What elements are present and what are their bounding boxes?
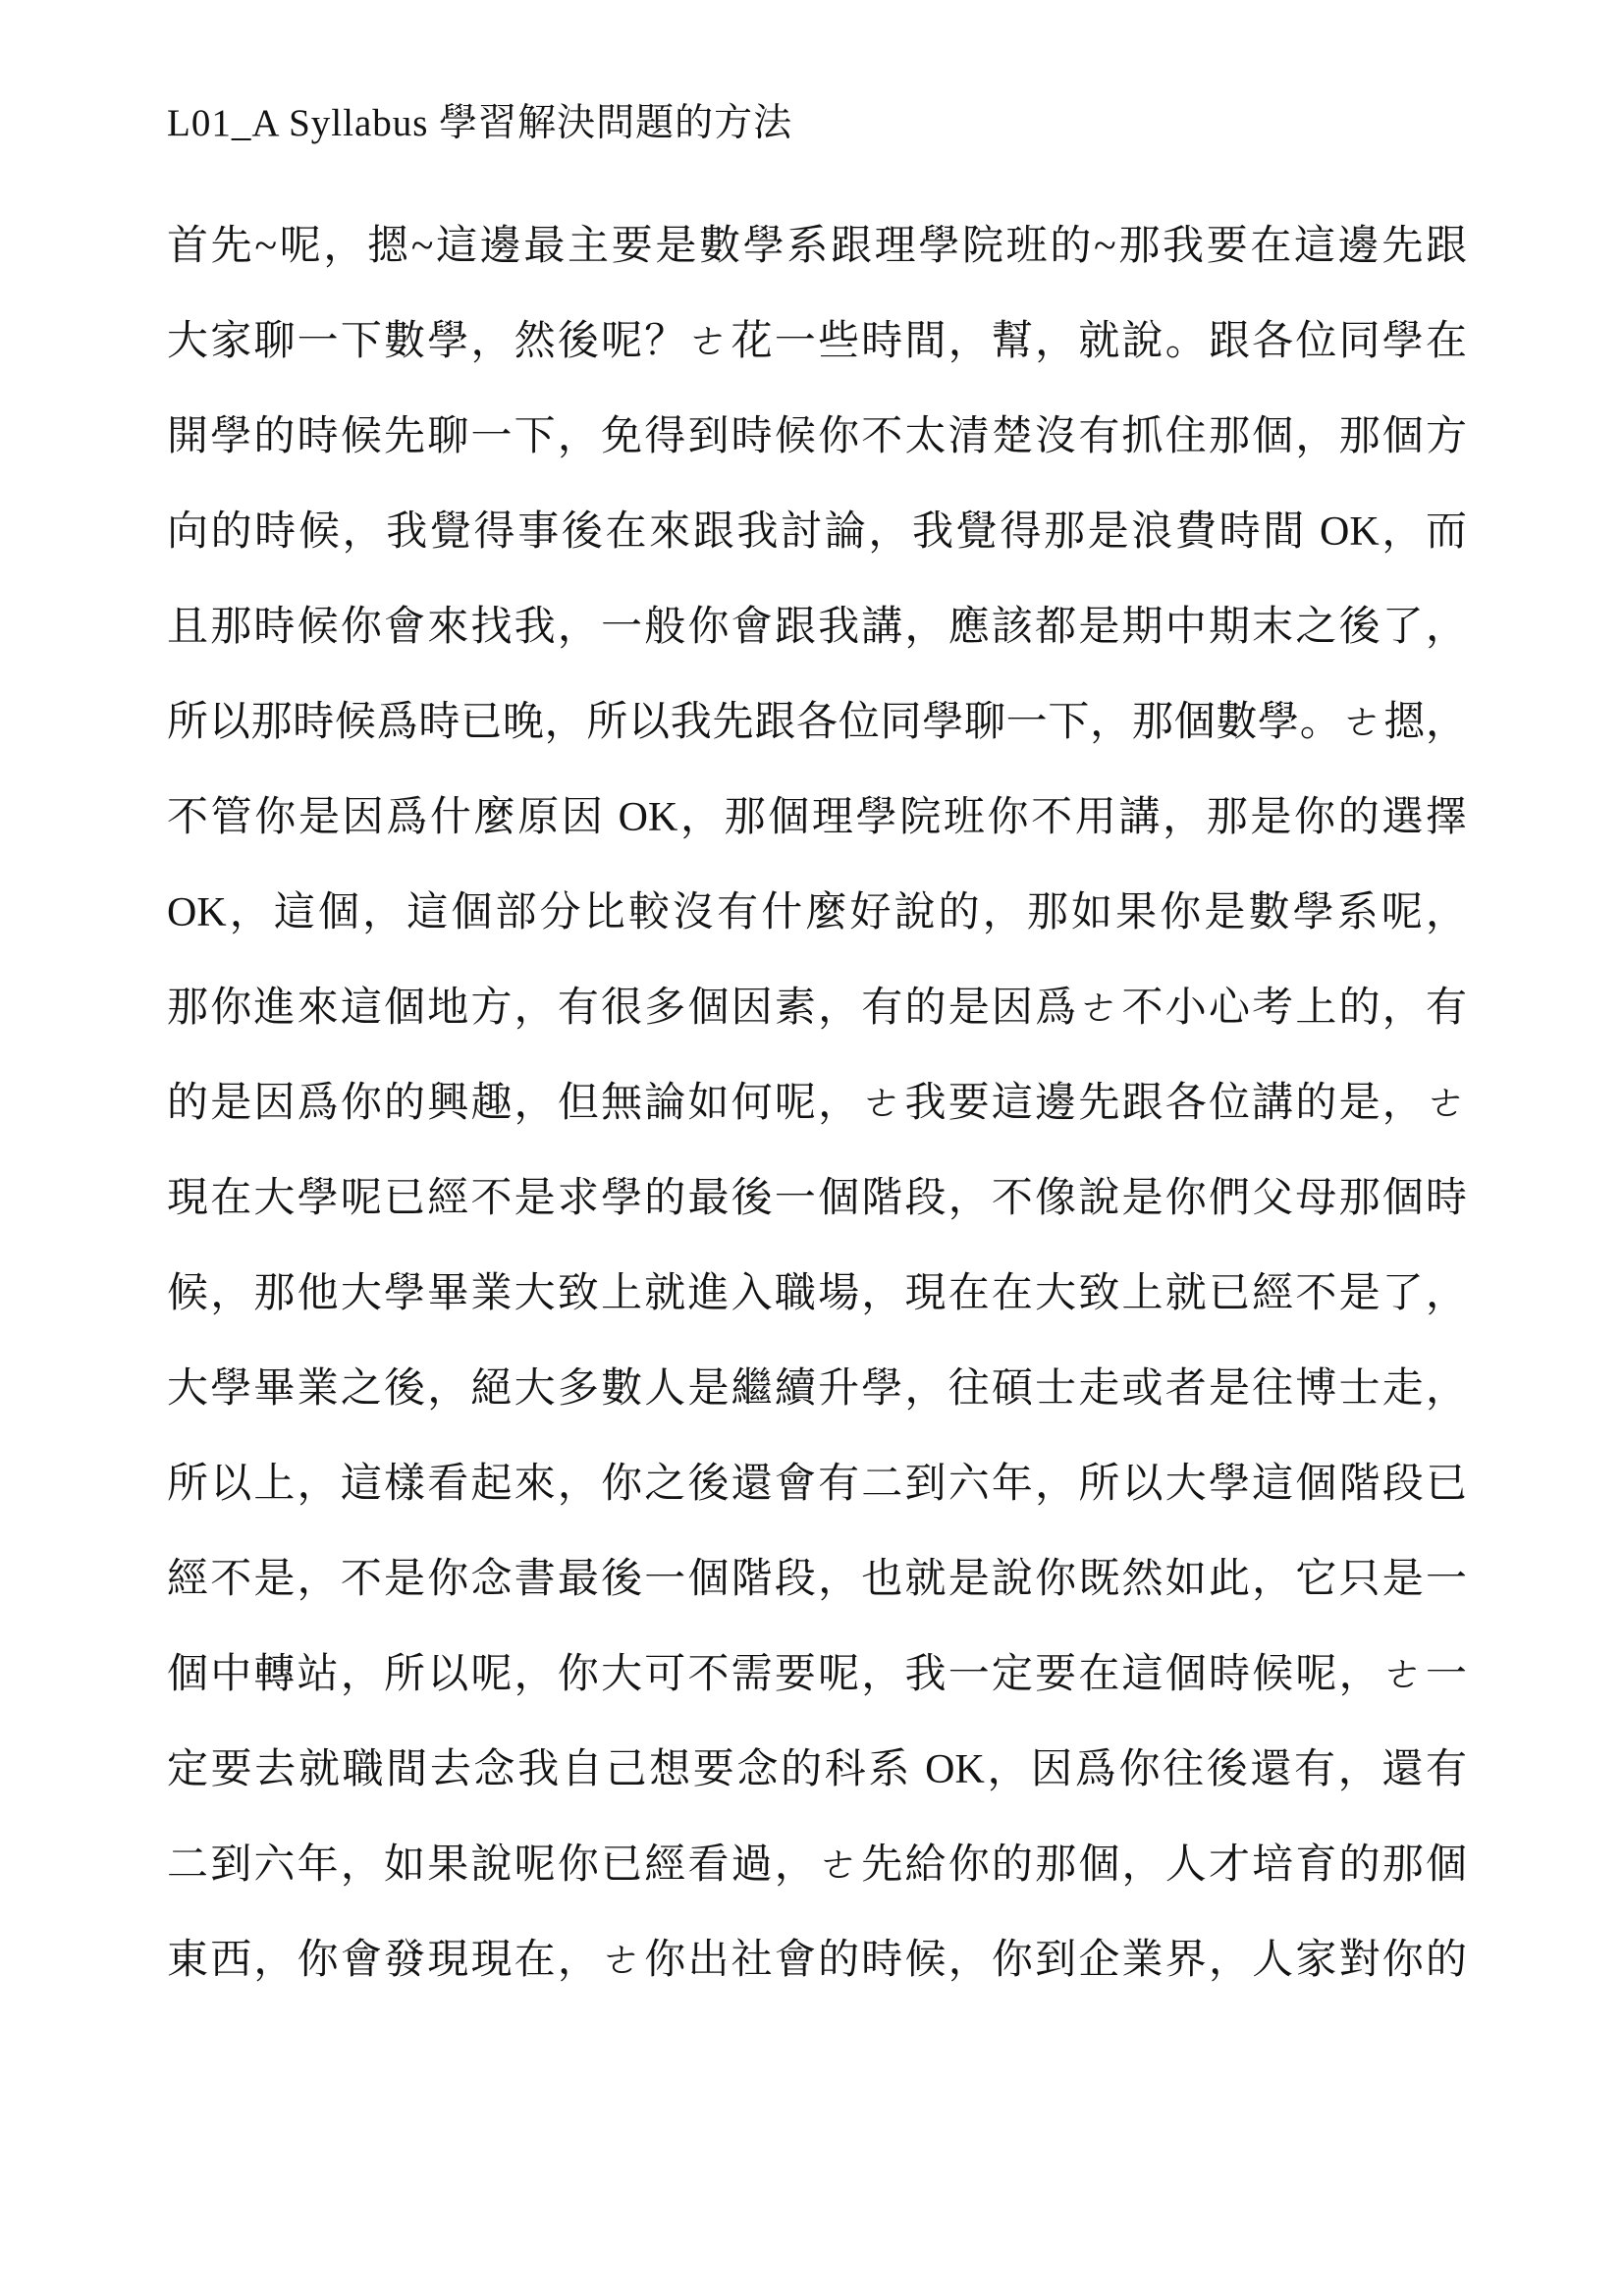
text-line: 大學畢業之後，絕大多數人是繼續升學，往碩士走或者是往博士走， — [167, 1342, 1467, 1437]
text-line: OK，這個，這個部分比較沒有什麼好說的，那如果你是數學系呢， — [167, 866, 1467, 961]
text-line: 個中轉站，所以呢，你大可不需要呢，我一定要在這個時候呢，ㄜ一 — [167, 1628, 1467, 1723]
text-line: 不管你是因爲什麼原因 OK，那個理學院班你不用講，那是你的選擇 — [167, 771, 1467, 866]
text-line: 候，那他大學畢業大致上就進入職場，現在在大致上就已經不是了， — [167, 1247, 1467, 1342]
text-line: 首先~呢，摁~這邊最主要是數學系跟理學院班的~那我要在這邊先跟 — [167, 199, 1467, 294]
text-line: 向的時候，我覺得事後在來跟我討論，我覺得那是浪費時間 OK，而 — [167, 485, 1467, 580]
text-line: 那你進來這個地方，有很多個因素，有的是因爲ㄜ不小心考上的，有 — [167, 961, 1467, 1056]
text-line: 開學的時候先聊一下，免得到時候你不太清楚沒有抓住那個，那個方 — [167, 390, 1467, 485]
text-line: 二到六年，如果說呢你已經看過，ㄜ先給你的那個，人才培育的那個 — [167, 1818, 1467, 1913]
text-line: 的是因爲你的興趣，但無論如何呢，ㄜ我要這邊先跟各位講的是，ㄜ — [167, 1056, 1467, 1151]
text-line: 現在大學呢已經不是求學的最後一個階段，不像說是你們父母那個時 — [167, 1151, 1467, 1247]
document-page: L01_A Syllabus 學習解決問題的方法 首先~呢，摁~這邊最主要是數學… — [0, 0, 1624, 2296]
text-line: 大家聊一下數學，然後呢？ㄜ花一些時間，幫，就說。跟各位同學在 — [167, 294, 1467, 390]
text-line: 定要去就職間去念我自己想要念的科系 OK，因爲你往後還有，還有 — [167, 1723, 1467, 1818]
document-body: 首先~呢，摁~這邊最主要是數學系跟理學院班的~那我要在這邊先跟 大家聊一下數學，… — [167, 199, 1467, 2008]
text-line: 經不是，不是你念書最後一個階段，也就是說你既然如此，它只是一 — [167, 1532, 1467, 1628]
text-line: 且那時候你會來找我，一般你會跟我講，應該都是期中期末之後了， — [167, 580, 1467, 675]
text-line: 東西，你會發現現在，ㄜ你出社會的時候，你到企業界，人家對你的 — [167, 1913, 1467, 2008]
text-line: 所以上，這樣看起來，你之後還會有二到六年，所以大學這個階段已 — [167, 1437, 1467, 1532]
document-title: L01_A Syllabus 學習解決問題的方法 — [167, 98, 1473, 149]
text-line: 所以那時候爲時已晚，所以我先跟各位同學聊一下，那個數學。ㄜ摁， — [167, 675, 1467, 771]
